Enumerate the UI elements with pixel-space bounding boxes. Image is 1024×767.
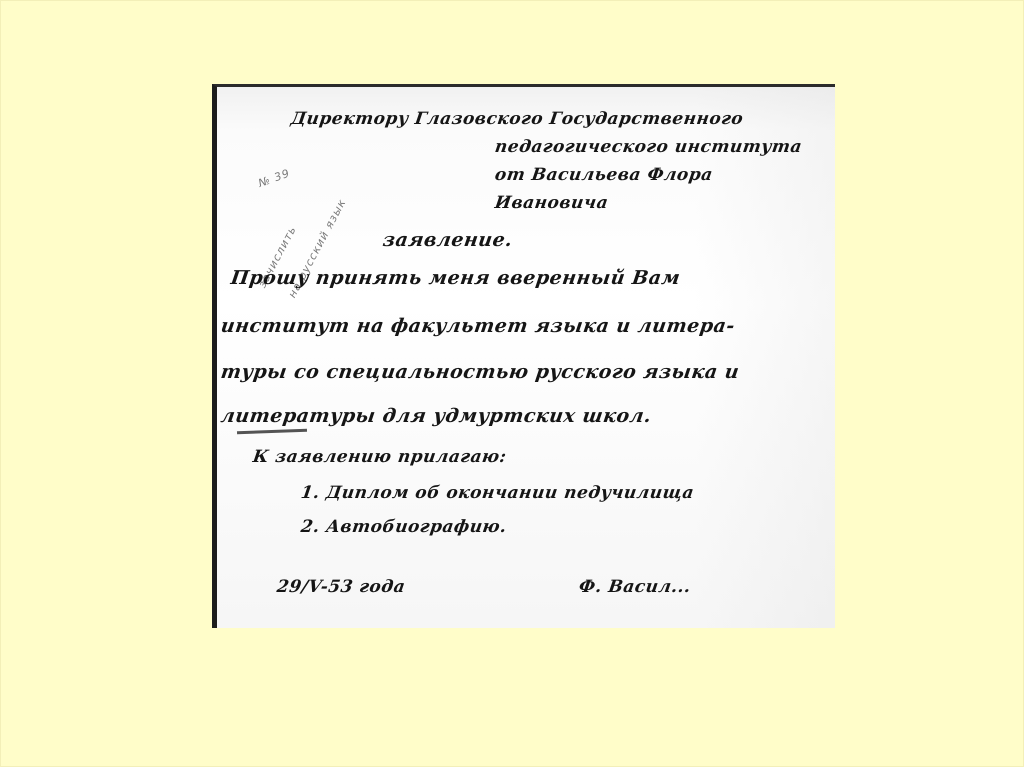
scan-shading — [695, 87, 835, 628]
body-line-1: Прошу принять меня вверенный Вам — [229, 267, 681, 289]
document-title: заявление. — [381, 229, 513, 251]
attachment-item-1: 1. Диплом об окончании педучилища — [300, 483, 696, 503]
document-date: 29/V-53 года — [276, 577, 407, 597]
signature: Ф. Васил... — [578, 577, 693, 597]
sender-line-2: Ивановича — [494, 193, 610, 213]
addressee-line-1: Директору Глазовского Государственного — [290, 109, 745, 129]
attachment-item-2: 2. Автобиографию. — [300, 517, 508, 537]
document-scan: Директору Глазовского Государственного п… — [212, 84, 835, 628]
margin-number: № 39 — [257, 167, 292, 190]
body-line-4: литературы для удмуртских школ. — [219, 405, 652, 427]
addressee-line-2: педагогического института — [494, 137, 804, 157]
body-line-3: туры со специальностью русского языка и — [219, 361, 740, 383]
sender-line-1: от Васильева Флора — [494, 165, 715, 185]
attachments-intro: К заявлению прилагаю: — [252, 447, 508, 467]
underline-mark — [237, 429, 307, 434]
body-line-2: институт на факультет языка и литера- — [219, 315, 736, 337]
